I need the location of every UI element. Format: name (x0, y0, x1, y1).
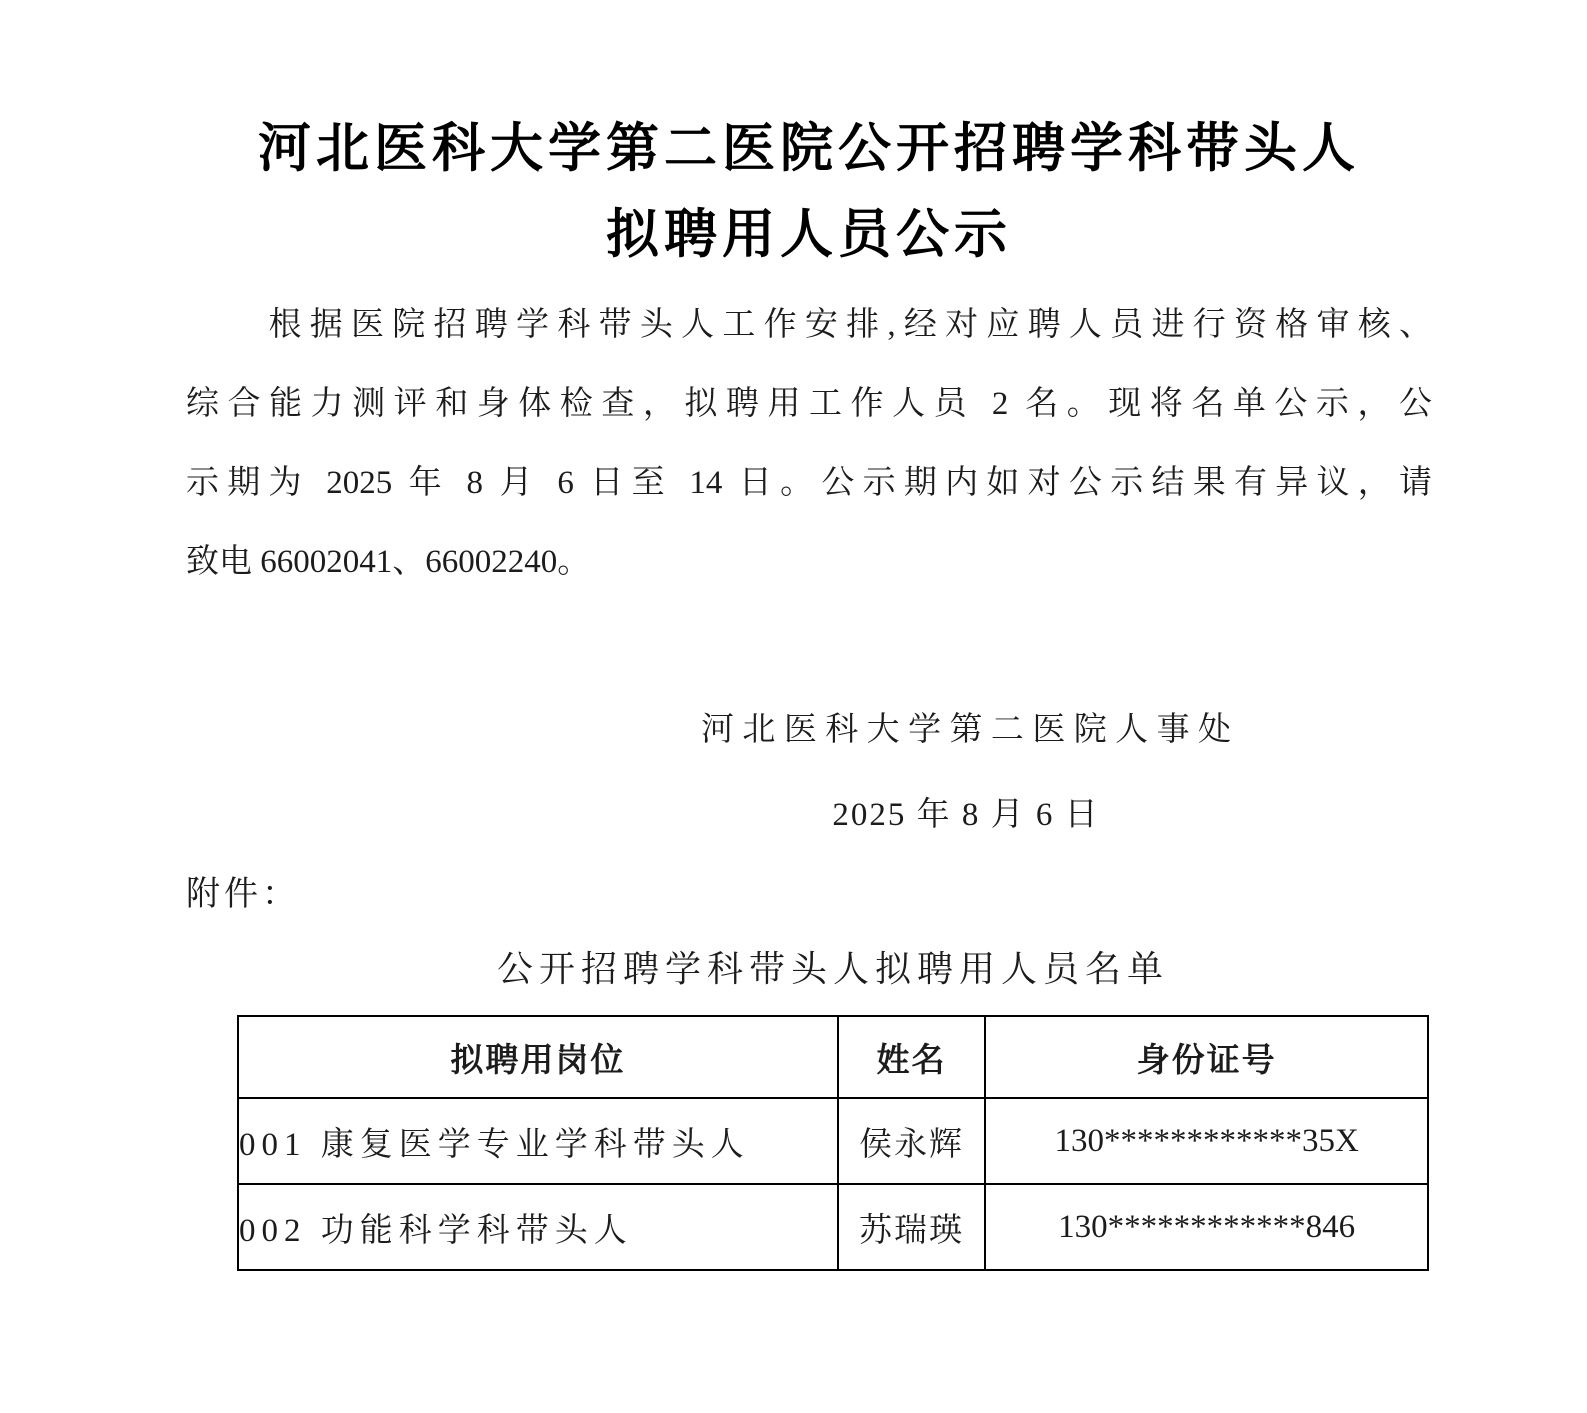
col-header-name: 姓名 (838, 1016, 986, 1098)
cell-name: 侯永辉 (838, 1098, 986, 1184)
signature-date: 2025 年 8 月 6 日 (701, 775, 1231, 855)
body-paragraph-line-1: 根据医院招聘学科带头人工作安排,经对应聘人员进行资格审核、 (186, 286, 1432, 365)
body-paragraph-line-4: 致电 66002041、66002240。 (186, 523, 1432, 602)
body-paragraph: 根据医院招聘学科带头人工作安排,经对应聘人员进行资格审核、 综合能力测评和身体检… (186, 286, 1432, 602)
table-row: 001 康复医学专业学科带头人 侯永辉 130************35X (238, 1098, 1428, 1184)
cell-position: 002 功能科学科带头人 (238, 1184, 838, 1270)
document-title-line-1: 河北医科大学第二医院公开招聘学科带头人 (186, 106, 1432, 192)
table-header-row: 拟聘用岗位 姓名 身份证号 (238, 1016, 1428, 1098)
cell-id-number: 130************35X (985, 1098, 1428, 1184)
table-row: 002 功能科学科带头人 苏瑞瑛 130************846 (238, 1184, 1428, 1270)
document-title-line-2: 拟聘用人员公示 (186, 192, 1432, 278)
document-content: 河北医科大学第二医院公开招聘学科带头人 拟聘用人员公示 根据医院招聘学科带头人工… (0, 0, 1587, 1271)
roster-table-title: 公开招聘学科带头人拟聘用人员名单 (237, 937, 1429, 1001)
candidates-table: 拟聘用岗位 姓名 身份证号 001 康复医学专业学科带头人 侯永辉 130***… (237, 1015, 1429, 1271)
signature-block: 河北医科大学第二医院人事处 2025 年 8 月 6 日 (701, 690, 1231, 855)
document-page: 河北医科大学第二医院公开招聘学科带头人 拟聘用人员公示 根据医院招聘学科带头人工… (0, 0, 1587, 1413)
cell-name: 苏瑞瑛 (838, 1184, 986, 1270)
body-paragraph-line-3: 示期为 2025 年 8 月 6 日至 14 日。公示期内如对公示结果有异议，请 (186, 444, 1432, 523)
roster-section: 公开招聘学科带头人拟聘用人员名单 拟聘用岗位 姓名 身份证号 00 (237, 937, 1429, 1271)
body-paragraph-line-2: 综合能力测评和身体检查，拟聘用工作人员 2 名。现将名单公示，公 (186, 365, 1432, 444)
col-header-position: 拟聘用岗位 (238, 1016, 838, 1098)
cell-position: 001 康复医学专业学科带头人 (238, 1098, 838, 1184)
signature-department: 河北医科大学第二医院人事处 (701, 690, 1231, 770)
cell-id-number: 130************846 (985, 1184, 1428, 1270)
col-header-id-number: 身份证号 (985, 1016, 1428, 1098)
attachment-label: 附件： (186, 855, 1432, 935)
document-title: 河北医科大学第二医院公开招聘学科带头人 拟聘用人员公示 (186, 0, 1432, 278)
